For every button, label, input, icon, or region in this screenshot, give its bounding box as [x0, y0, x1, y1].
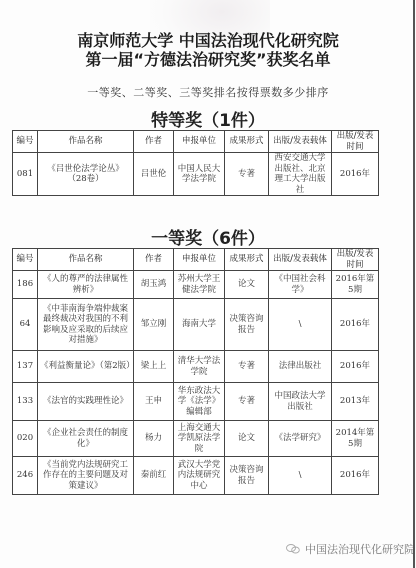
page-title-line2: 第一届“方德法治研究奖”获奖名单 — [0, 50, 416, 70]
cell-work: 《人的尊严的法律属性辨析》 — [38, 271, 134, 299]
cell-publisher: 《中国社会科学》 — [269, 271, 332, 299]
cell-id: 64 — [13, 299, 38, 351]
col-header-id: 编号 — [13, 131, 38, 153]
cell-publisher: 西安交通大学出版社、北京理工大学出版社 — [269, 153, 332, 196]
cell-unit: 苏州大学王健法学院 — [174, 271, 225, 299]
cell-date: 2016年 — [332, 299, 379, 351]
cell-work: 《法官的实践理性论》 — [38, 383, 134, 421]
first-prize-table: 编号 作品名称 作者 申报单位 成果形式 出版/发表载体 出版/发表时间 186… — [12, 248, 379, 495]
col-header-publisher: 出版/发表载体 — [269, 249, 332, 271]
cell-publisher: \ — [269, 457, 332, 495]
cell-date: 2016年第5期 — [332, 271, 379, 299]
table-row: 246 《当前党内法规研究工作存在的主要问题及对策建议》 秦前红 武汉大学党内法… — [13, 457, 379, 495]
table-row: 64 《中菲南海争端仲裁案最终裁决对我国的不利影响及应采取的后续应对措施》 邹立… — [13, 299, 379, 351]
cell-author: 王申 — [134, 383, 174, 421]
cell-form: 专著 — [225, 153, 269, 196]
cell-author: 秦前红 — [134, 457, 174, 495]
col-header-author: 作者 — [134, 131, 174, 153]
table-row: 020 《企业社会责任的制度化》 杨力 上海交通大学凯原法学院 论文 《法学研究… — [13, 421, 379, 457]
cell-publisher: 中国政法大学出版社 — [269, 383, 332, 421]
cell-author: 吕世伦 — [134, 153, 174, 196]
table-row: 137 《利益衡量论》（第2版） 梁上上 清华大学法学院 专著 法律出版社 20… — [13, 351, 379, 383]
col-header-id: 编号 — [13, 249, 38, 271]
col-header-date: 出版/发表时间 — [332, 249, 379, 271]
cell-work: 《企业社会责任的制度化》 — [38, 421, 134, 457]
col-header-form: 成果形式 — [225, 249, 269, 271]
col-header-unit: 申报单位 — [174, 131, 225, 153]
cell-id: 137 — [13, 351, 38, 383]
cell-author: 杨力 — [134, 421, 174, 457]
cell-unit: 海南大学 — [174, 299, 225, 351]
col-header-publisher: 出版/发表载体 — [269, 131, 332, 153]
cell-id: 133 — [13, 383, 38, 421]
cell-form: 专著 — [225, 383, 269, 421]
wechat-icon — [286, 544, 300, 554]
cell-id: 081 — [13, 153, 38, 196]
col-header-form: 成果形式 — [225, 131, 269, 153]
col-header-author: 作者 — [134, 249, 174, 271]
table-row: 081 《吕世伦法学论丛》（28卷） 吕世伦 中国人民大学法学院 专著 西安交通… — [13, 153, 379, 196]
cell-form: 论文 — [225, 421, 269, 457]
cell-date: 2016年 — [332, 153, 379, 196]
col-header-unit: 申报单位 — [174, 249, 225, 271]
table-row: 186 《人的尊严的法律属性辨析》 胡玉鸿 苏州大学王健法学院 论文 《中国社会… — [13, 271, 379, 299]
cell-date: 2016年 — [332, 457, 379, 495]
cell-author: 梁上上 — [134, 351, 174, 383]
cell-date: 2013年 — [332, 383, 379, 421]
col-header-work: 作品名称 — [38, 131, 134, 153]
cell-work: 《当前党内法规研究工作存在的主要问题及对策建议》 — [38, 457, 134, 495]
first-prize-heading: 一等奖（6件） — [0, 224, 416, 249]
table-header-row: 编号 作品名称 作者 申报单位 成果形式 出版/发表载体 出版/发表时间 — [13, 249, 379, 271]
cell-id: 020 — [13, 421, 38, 457]
col-header-work: 作品名称 — [38, 249, 134, 271]
cell-unit: 清华大学法学院 — [174, 351, 225, 383]
award-list-page: 南京师范大学 中国法治现代化研究院 第一届“方德法治研究奖”获奖名单 一等奖、二… — [0, 0, 416, 568]
cell-form: 决策咨询报告 — [225, 457, 269, 495]
cell-id: 246 — [13, 457, 38, 495]
cell-author: 胡玉鸿 — [134, 271, 174, 299]
cell-date: 2016年 — [332, 351, 379, 383]
cell-unit: 中国人民大学法学院 — [174, 153, 225, 196]
cell-unit: 上海交通大学凯原法学院 — [174, 421, 225, 457]
special-prize-table: 编号 作品名称 作者 申报单位 成果形式 出版/发表载体 出版/发表时间 081… — [12, 130, 379, 196]
table-row: 133 《法官的实践理性论》 王申 华东政法大学《法学》编辑部 专著 中国政法大… — [13, 383, 379, 421]
cell-id: 186 — [13, 271, 38, 299]
cell-unit: 武汉大学党内法规研究中心 — [174, 457, 225, 495]
cell-form: 决策咨询报告 — [225, 299, 269, 351]
page-edge-line — [413, 0, 415, 568]
cell-form: 专著 — [225, 351, 269, 383]
special-prize-heading: 特等奖（1件） — [0, 106, 416, 131]
cell-author: 邹立刚 — [134, 299, 174, 351]
watermark-text: 中国法治现代化研究院 — [305, 541, 415, 557]
table-header-row: 编号 作品名称 作者 申报单位 成果形式 出版/发表载体 出版/发表时间 — [13, 131, 379, 153]
page-title-line1: 南京师范大学 中国法治现代化研究院 — [0, 31, 416, 51]
cell-date: 2014年第5期 — [332, 421, 379, 457]
cell-work: 《利益衡量论》（第2版） — [38, 351, 134, 383]
cell-form: 论文 — [225, 271, 269, 299]
cell-work: 《中菲南海争端仲裁案最终裁决对我国的不利影响及应采取的后续应对措施》 — [38, 299, 134, 351]
col-header-date: 出版/发表时间 — [332, 131, 379, 153]
cell-publisher: 法律出版社 — [269, 351, 332, 383]
cell-unit: 华东政法大学《法学》编辑部 — [174, 383, 225, 421]
cell-work: 《吕世伦法学论丛》（28卷） — [38, 153, 134, 196]
ranking-note: 一等奖、二等奖、三等奖排名按得票数多少排序 — [0, 84, 416, 100]
cell-publisher: \ — [269, 299, 332, 351]
source-watermark: 中国法治现代化研究院 — [286, 541, 415, 557]
cell-publisher: 《法学研究》 — [269, 421, 332, 457]
